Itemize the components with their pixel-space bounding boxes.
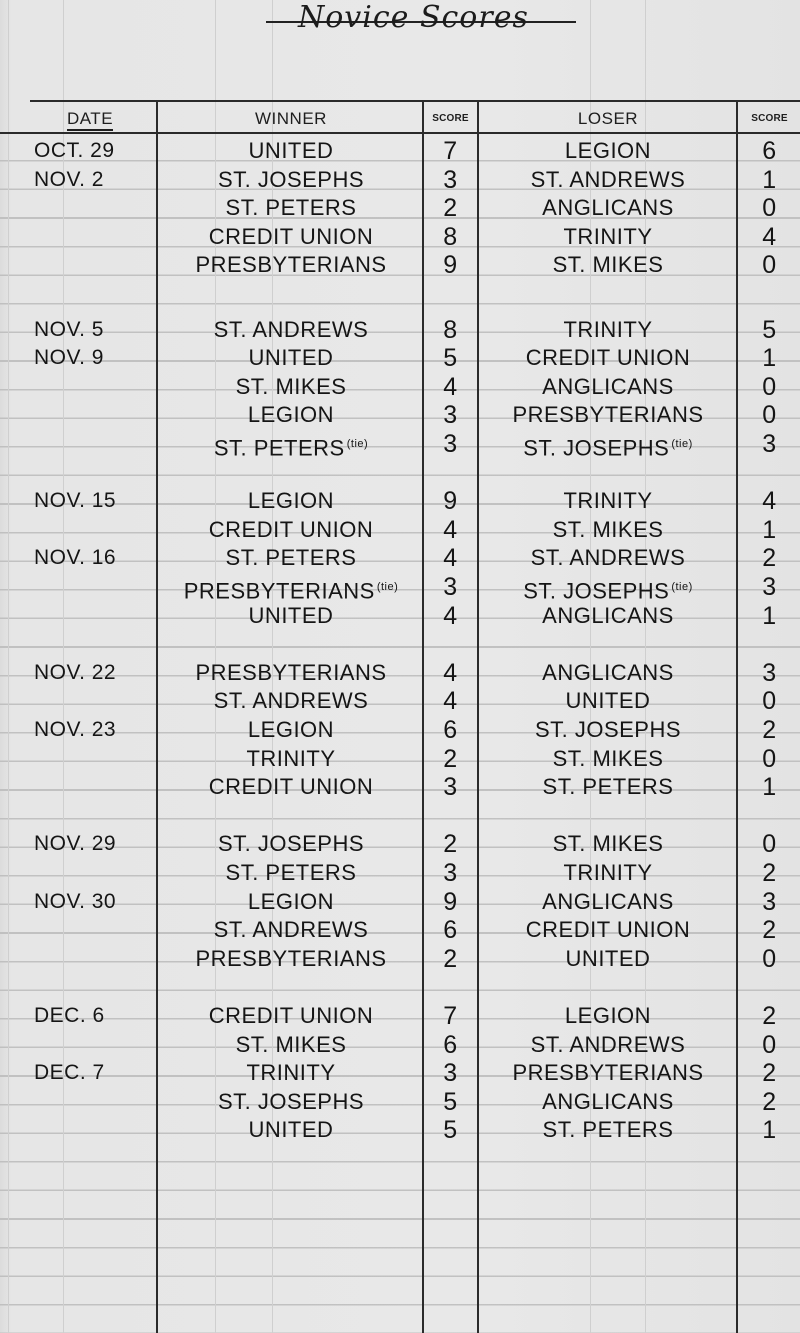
game-date <box>34 686 154 716</box>
winner-name: ST. JOSEPHS <box>160 165 422 195</box>
loser-name: ST. JOSEPHS <box>480 715 736 745</box>
table-row: NOV. 23LEGION6ST. JOSEPHS2 <box>0 715 800 745</box>
table-row: ST. ANDREWS4UNITED0 <box>0 686 800 716</box>
loser-score: 1 <box>739 1115 800 1145</box>
winner-score: 3 <box>424 400 477 430</box>
table-row: NOV. 9UNITED5CREDIT UNION1 <box>0 343 800 373</box>
loser-score: 0 <box>739 400 800 430</box>
header-date: DATE <box>30 106 150 132</box>
winner-name: PRESBYTERIANS <box>160 658 422 688</box>
winner-score: 3 <box>424 429 477 459</box>
game-date <box>34 429 154 459</box>
game-date <box>34 572 154 602</box>
loser-score: 1 <box>739 515 800 545</box>
loser-name: TRINITY <box>480 858 736 888</box>
loser-score: 0 <box>739 829 800 859</box>
winner-score: 4 <box>424 601 477 631</box>
winner-score: 8 <box>424 315 477 345</box>
winner-score: 4 <box>424 372 477 402</box>
game-date: NOV. 16 <box>34 543 154 573</box>
winner-name: TRINITY <box>160 744 422 774</box>
winner-score: 3 <box>424 772 477 802</box>
game-date: DEC. 6 <box>34 1001 154 1031</box>
winner-score: 2 <box>424 193 477 223</box>
loser-name: UNITED <box>480 944 736 974</box>
loser-score: 0 <box>739 250 800 280</box>
loser-name: PRESBYTERIANS <box>480 1058 736 1088</box>
winner-name: TRINITY <box>160 1058 422 1088</box>
winner-score: 4 <box>424 515 477 545</box>
winner-name: UNITED <box>160 343 422 373</box>
game-date <box>34 772 154 802</box>
game-date <box>34 601 154 631</box>
winner-name: ST. PETERS(tie) <box>160 429 422 459</box>
winner-score: 9 <box>424 887 477 917</box>
winner-score: 6 <box>424 715 477 745</box>
loser-name: LEGION <box>480 136 736 166</box>
loser-name: TRINITY <box>480 222 736 252</box>
loser-name: LEGION <box>480 1001 736 1031</box>
table-row: CREDIT UNION4ST. MIKES1 <box>0 515 800 545</box>
table-row: NOV. 5ST. ANDREWS8TRINITY5 <box>0 315 800 345</box>
loser-score: 2 <box>739 858 800 888</box>
winner-score: 2 <box>424 944 477 974</box>
game-date: NOV. 2 <box>34 165 154 195</box>
loser-name: ST. MIKES <box>480 250 736 280</box>
game-date <box>34 400 154 430</box>
game-date <box>34 1115 154 1145</box>
winner-name: ST. MIKES <box>160 1030 422 1060</box>
winner-score: 5 <box>424 343 477 373</box>
game-date: NOV. 15 <box>34 486 154 516</box>
winner-name: ST. JOSEPHS <box>160 829 422 859</box>
loser-score: 2 <box>739 915 800 945</box>
loser-score: 2 <box>739 1087 800 1117</box>
winner-name: CREDIT UNION <box>160 222 422 252</box>
header-winner: WINNER <box>160 106 422 132</box>
table-row: NOV. 15LEGION9TRINITY4 <box>0 486 800 516</box>
loser-name: PRESBYTERIANS <box>480 400 736 430</box>
table-row: DEC. 7TRINITY3PRESBYTERIANS2 <box>0 1058 800 1088</box>
header-winner-score: SCORE <box>424 106 477 132</box>
game-date <box>34 858 154 888</box>
table-row: ST. MIKES4ANGLICANS0 <box>0 372 800 402</box>
loser-name: ST. ANDREWS <box>480 543 736 573</box>
winner-name: ST. JOSEPHS <box>160 1087 422 1117</box>
loser-score: 0 <box>739 744 800 774</box>
table-row: NOV. 22PRESBYTERIANS4ANGLICANS3 <box>0 658 800 688</box>
winner-score: 8 <box>424 222 477 252</box>
game-date: NOV. 9 <box>34 343 154 373</box>
loser-score: 0 <box>739 944 800 974</box>
table-row: UNITED5ST. PETERS1 <box>0 1115 800 1145</box>
game-date: NOV. 29 <box>34 829 154 859</box>
game-date: NOV. 23 <box>34 715 154 745</box>
winner-score: 6 <box>424 1030 477 1060</box>
winner-score: 7 <box>424 1001 477 1031</box>
loser-score: 3 <box>739 887 800 917</box>
loser-score: 5 <box>739 315 800 345</box>
loser-score: 0 <box>739 1030 800 1060</box>
page-title: Novice Scores <box>268 0 588 40</box>
loser-score: 1 <box>739 343 800 373</box>
winner-score: 2 <box>424 829 477 859</box>
loser-score: 0 <box>739 686 800 716</box>
loser-score: 2 <box>739 715 800 745</box>
winner-score: 5 <box>424 1087 477 1117</box>
winner-score: 6 <box>424 915 477 945</box>
ledger-page: Novice Scores DATE WINNER SCORE LOSER SC… <box>0 0 800 1333</box>
loser-score: 2 <box>739 1001 800 1031</box>
loser-name: ANGLICANS <box>480 372 736 402</box>
loser-score: 1 <box>739 165 800 195</box>
game-date <box>34 193 154 223</box>
loser-name: ST. MIKES <box>480 829 736 859</box>
winner-name: CREDIT UNION <box>160 772 422 802</box>
loser-score: 0 <box>739 372 800 402</box>
loser-name: ANGLICANS <box>480 1087 736 1117</box>
loser-name: ANGLICANS <box>480 887 736 917</box>
table-row: ST. PETERS(tie)3ST. JOSEPHS(tie)3 <box>0 429 800 459</box>
table-row: ST. JOSEPHS5ANGLICANS2 <box>0 1087 800 1117</box>
winner-name: PRESBYTERIANS <box>160 944 422 974</box>
winner-name: UNITED <box>160 601 422 631</box>
table-row: LEGION3PRESBYTERIANS0 <box>0 400 800 430</box>
game-date: DEC. 7 <box>34 1058 154 1088</box>
winner-score: 9 <box>424 250 477 280</box>
loser-score: 3 <box>739 572 800 602</box>
table-row: CREDIT UNION3ST. PETERS1 <box>0 772 800 802</box>
loser-score: 6 <box>739 136 800 166</box>
loser-score: 3 <box>739 658 800 688</box>
winner-score: 2 <box>424 744 477 774</box>
game-date: NOV. 30 <box>34 887 154 917</box>
tie-marker: (tie) <box>377 581 398 593</box>
loser-score: 4 <box>739 222 800 252</box>
loser-name: CREDIT UNION <box>480 915 736 945</box>
table-row: ST. ANDREWS6CREDIT UNION2 <box>0 915 800 945</box>
winner-score: 4 <box>424 543 477 573</box>
loser-score: 2 <box>739 1058 800 1088</box>
game-date <box>34 372 154 402</box>
winner-name: ST. ANDREWS <box>160 686 422 716</box>
game-date <box>34 944 154 974</box>
winner-score: 9 <box>424 486 477 516</box>
table-row: NOV. 2ST. JOSEPHS3ST. ANDREWS1 <box>0 165 800 195</box>
header-bottom-rule <box>0 132 800 134</box>
table-row: NOV. 29ST. JOSEPHS2ST. MIKES0 <box>0 829 800 859</box>
header-loser: LOSER <box>480 106 736 132</box>
game-date: OCT. 29 <box>34 136 154 166</box>
header-top-rule <box>30 100 800 102</box>
table-row: PRESBYTERIANS(tie)3ST. JOSEPHS(tie)3 <box>0 572 800 602</box>
winner-score: 3 <box>424 858 477 888</box>
game-date <box>34 915 154 945</box>
game-date: NOV. 5 <box>34 315 154 345</box>
loser-name: UNITED <box>480 686 736 716</box>
loser-name: ST. JOSEPHS(tie) <box>480 429 736 459</box>
winner-name: CREDIT UNION <box>160 1001 422 1031</box>
winner-score: 4 <box>424 686 477 716</box>
loser-name: ANGLICANS <box>480 193 736 223</box>
game-date <box>34 1030 154 1060</box>
loser-name: ANGLICANS <box>480 601 736 631</box>
winner-name: ST. ANDREWS <box>160 915 422 945</box>
loser-name: ST. ANDREWS <box>480 165 736 195</box>
loser-name: ST. ANDREWS <box>480 1030 736 1060</box>
winner-name: UNITED <box>160 136 422 166</box>
loser-score: 1 <box>739 601 800 631</box>
tie-marker: (tie) <box>671 581 692 593</box>
winner-score: 4 <box>424 658 477 688</box>
loser-score: 1 <box>739 772 800 802</box>
table-row: ST. PETERS3TRINITY2 <box>0 858 800 888</box>
table-row: ST. MIKES6ST. ANDREWS0 <box>0 1030 800 1060</box>
table-row: TRINITY2ST. MIKES0 <box>0 744 800 774</box>
loser-score: 0 <box>739 193 800 223</box>
tie-marker: (tie) <box>671 438 692 450</box>
game-date <box>34 250 154 280</box>
table-row: OCT. 29UNITED7LEGION6 <box>0 136 800 166</box>
table-row: ST. PETERS2ANGLICANS0 <box>0 193 800 223</box>
winner-name: ST. ANDREWS <box>160 315 422 345</box>
winner-name: PRESBYTERIANS(tie) <box>160 572 422 602</box>
game-date <box>34 515 154 545</box>
loser-name: TRINITY <box>480 315 736 345</box>
winner-name: ST. MIKES <box>160 372 422 402</box>
winner-name: PRESBYTERIANS <box>160 250 422 280</box>
tie-marker: (tie) <box>347 438 368 450</box>
table-row: UNITED4ANGLICANS1 <box>0 601 800 631</box>
winner-name: LEGION <box>160 715 422 745</box>
winner-score: 3 <box>424 572 477 602</box>
loser-score: 2 <box>739 543 800 573</box>
table-row: NOV. 30LEGION9ANGLICANS3 <box>0 887 800 917</box>
loser-score: 3 <box>739 429 800 459</box>
winner-name: CREDIT UNION <box>160 515 422 545</box>
loser-name: ST. MIKES <box>480 515 736 545</box>
loser-name: ST. MIKES <box>480 744 736 774</box>
game-date <box>34 222 154 252</box>
table-row: CREDIT UNION8TRINITY4 <box>0 222 800 252</box>
winner-name: LEGION <box>160 887 422 917</box>
table-row: PRESBYTERIANS9ST. MIKES0 <box>0 250 800 280</box>
winner-score: 7 <box>424 136 477 166</box>
table-row: DEC. 6CREDIT UNION7LEGION2 <box>0 1001 800 1031</box>
table-row: PRESBYTERIANS2UNITED0 <box>0 944 800 974</box>
loser-name: TRINITY <box>480 486 736 516</box>
winner-name: LEGION <box>160 486 422 516</box>
winner-score: 3 <box>424 165 477 195</box>
game-date <box>34 744 154 774</box>
loser-name: ST. PETERS <box>480 1115 736 1145</box>
table-row: NOV. 16ST. PETERS4ST. ANDREWS2 <box>0 543 800 573</box>
game-date: NOV. 22 <box>34 658 154 688</box>
loser-name: ST. PETERS <box>480 772 736 802</box>
winner-name: UNITED <box>160 1115 422 1145</box>
winner-name: ST. PETERS <box>160 193 422 223</box>
loser-name: CREDIT UNION <box>480 343 736 373</box>
winner-name: LEGION <box>160 400 422 430</box>
loser-name: ANGLICANS <box>480 658 736 688</box>
loser-name: ST. JOSEPHS(tie) <box>480 572 736 602</box>
loser-score: 4 <box>739 486 800 516</box>
winner-name: ST. PETERS <box>160 858 422 888</box>
winner-score: 3 <box>424 1058 477 1088</box>
winner-score: 5 <box>424 1115 477 1145</box>
winner-name: ST. PETERS <box>160 543 422 573</box>
header-loser-score: SCORE <box>739 106 800 132</box>
game-date <box>34 1087 154 1117</box>
